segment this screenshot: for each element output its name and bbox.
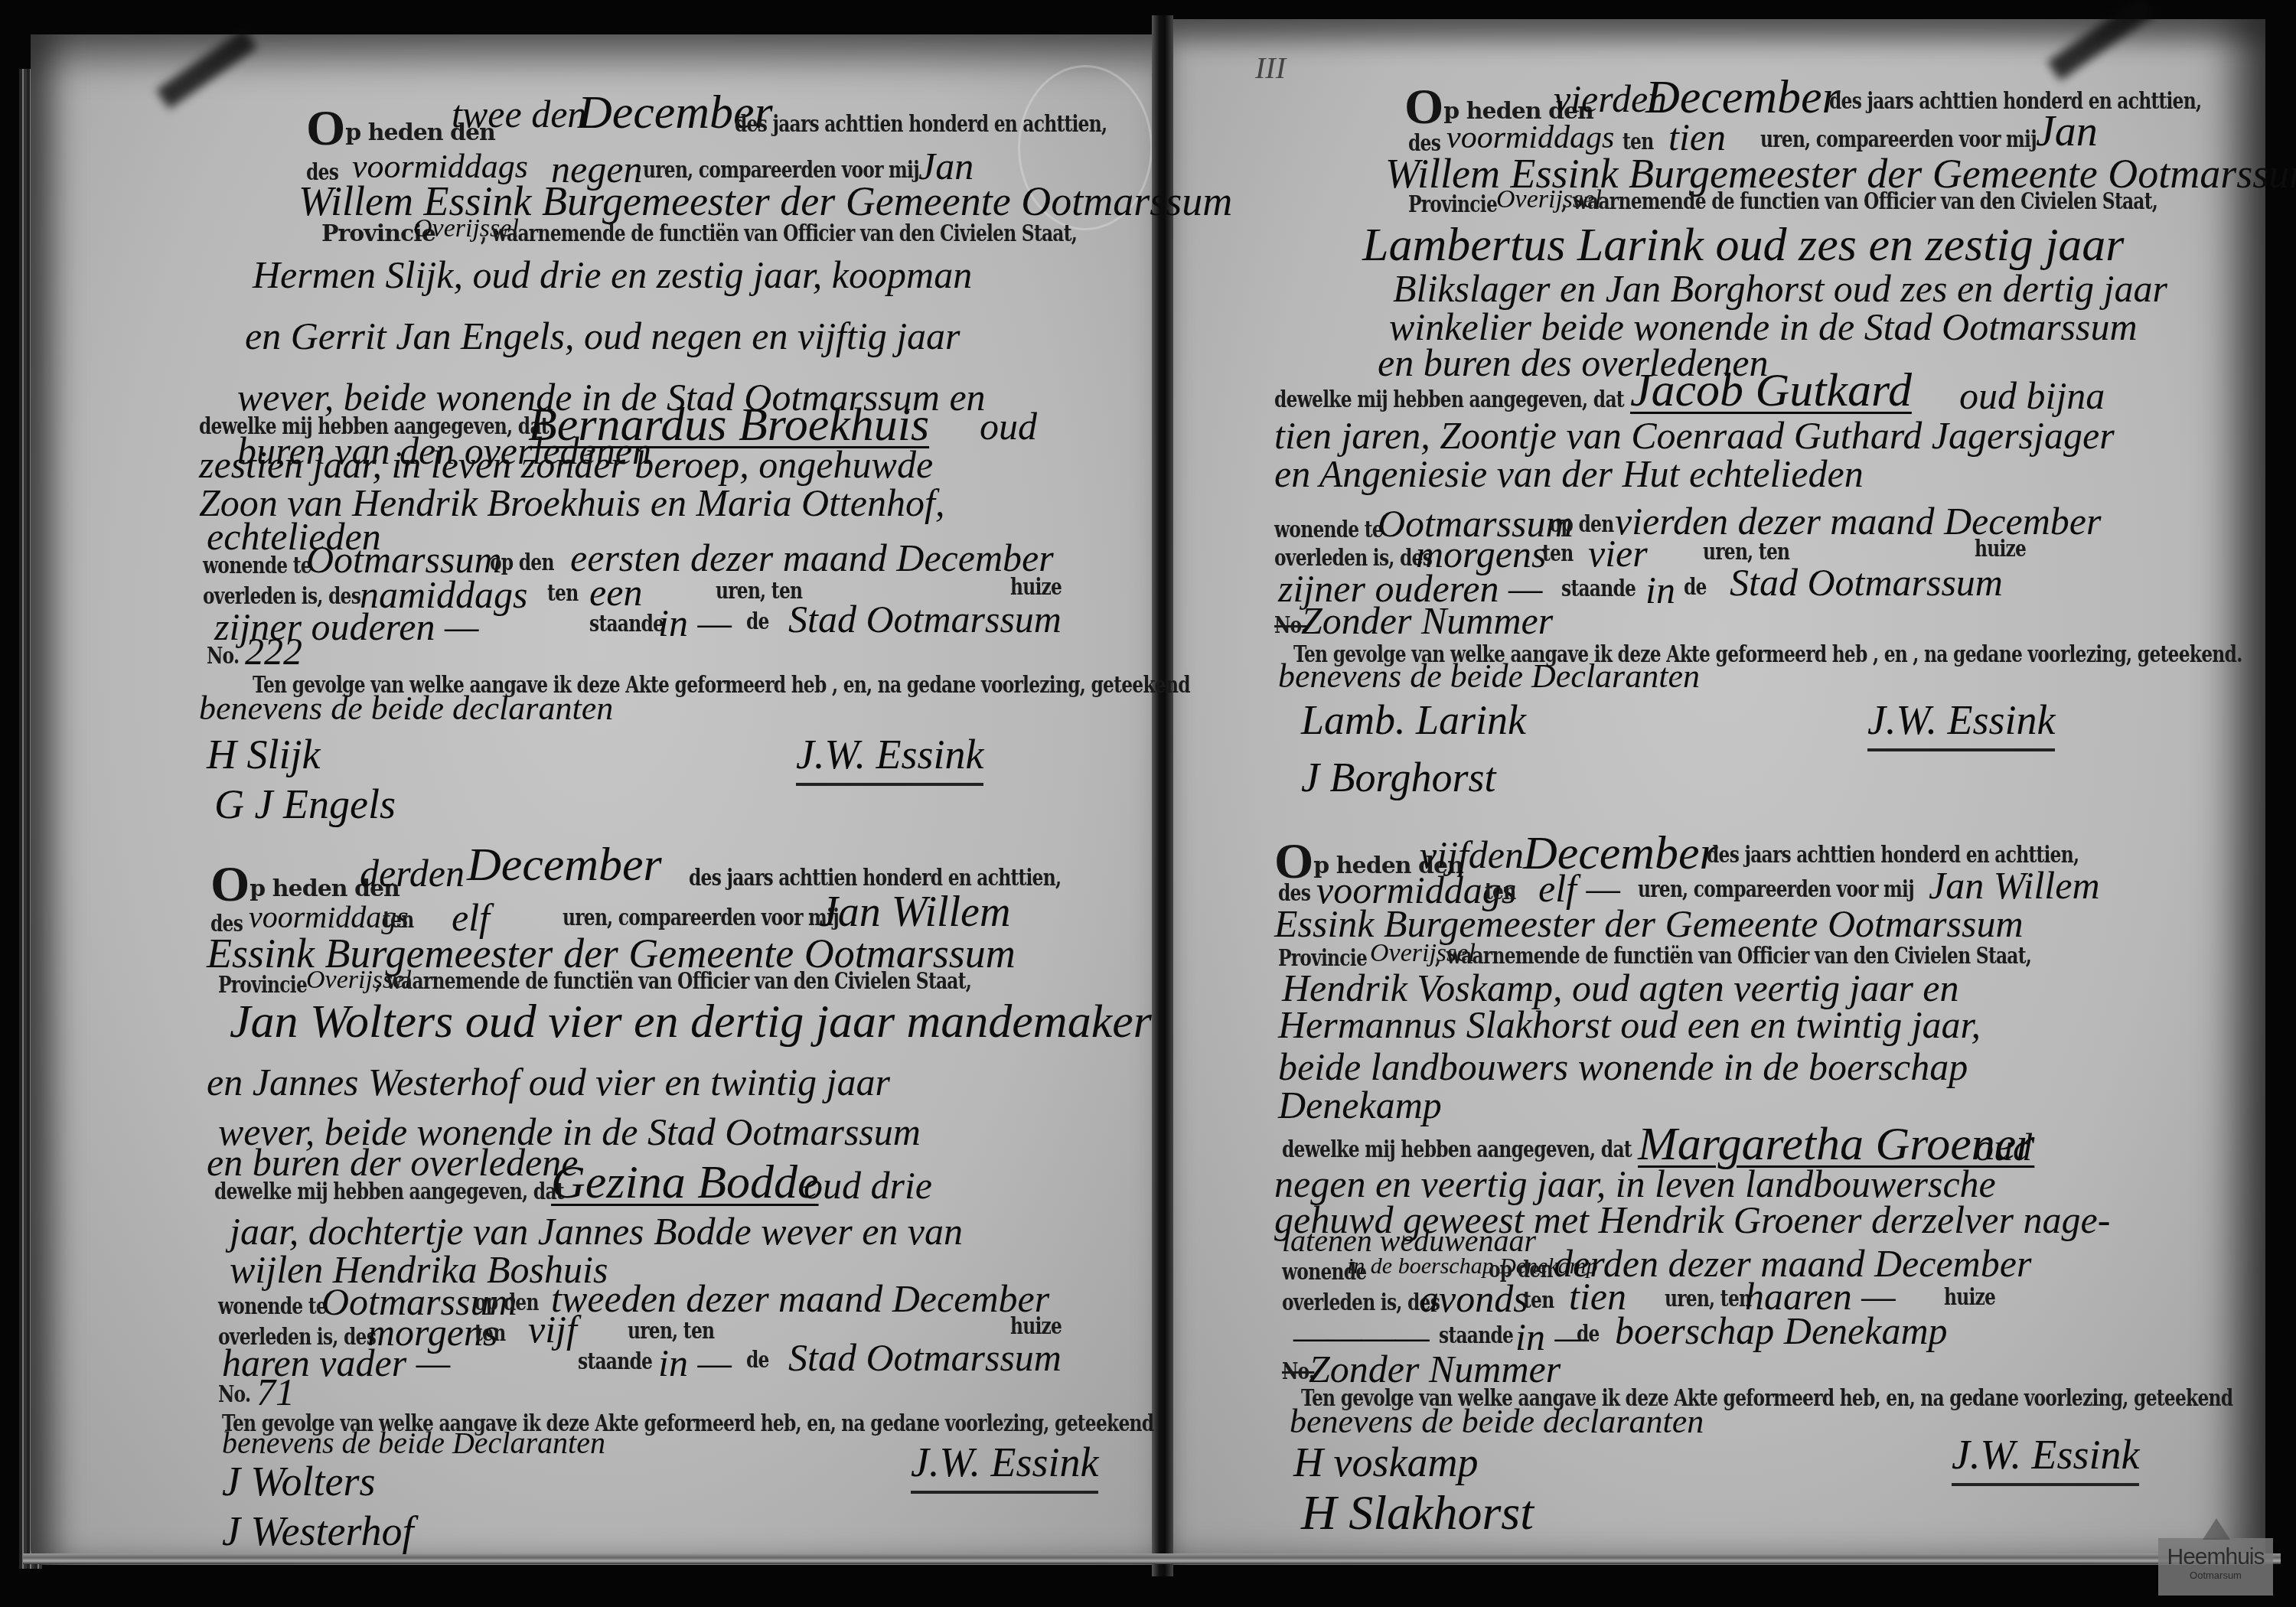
handwritten-day: derden [360,851,465,895]
deceased-name: Gezina Bodde [551,1156,819,1210]
printed-text: huize [1975,536,2026,562]
handwritten-text: oud [980,404,1037,448]
death-date: tweeden dezer maand December [551,1276,1049,1321]
death-hour: vijf [528,1307,577,1351]
signature-declarant: H Slakhorst [1301,1485,1534,1541]
printed-text: de [1684,574,1707,601]
printed-text: , waarnemende de functien van Officier v… [1561,188,2157,215]
watermark-subtitle: Ootmarsum [2158,1570,2273,1581]
signature-declarant: Lamb. Larink [1301,696,1526,744]
printed-text: ten [1542,540,1573,567]
printed-text: uren, compareerden voor mij [563,905,839,931]
declarant-line: Hermen Slijk, oud drie en zestig jaar, k… [253,253,972,297]
declarant-line: Denekamp [1278,1083,1442,1127]
death-daypart: avonds [1420,1276,1528,1321]
signature-official: J.W. Essink [1952,1431,2139,1486]
record-number: 222 [245,629,302,673]
printed-text: wonende te [218,1293,327,1320]
drop-cap: O [210,856,249,912]
ink-smudge [2047,0,2154,80]
signature-official: J.W. Essink [796,731,983,786]
signature-declarant: G J Engels [214,781,396,828]
drop-cap: O [1404,79,1443,135]
printed-text: de [746,608,769,635]
handwritten-text: in [1645,568,1675,612]
house-place: boerschap Denekamp [1615,1309,1948,1353]
house-place: Stad Ootmarssum [788,597,1062,641]
book-gutter [1152,15,1173,1576]
closing-handwritten: benevens de beide declaranten [199,689,613,728]
signature-official: J.W. Essink [911,1439,1098,1494]
printed-text: wonende te [203,553,311,579]
handwritten-name: Jan [2036,107,2098,156]
printed-text: wonende te [1274,517,1383,543]
signature-declarant: H voskamp [1293,1439,1478,1486]
house-roof-icon [2203,1518,2230,1540]
record-number-label: No. [218,1381,250,1408]
record-number-label: No. [207,643,239,670]
record-number: Zonder Nummer [1301,598,1553,643]
printed-text: overleden is, des [1282,1289,1440,1316]
printed-text: ten [1523,1287,1554,1314]
declarant-line: en Gerrit Jan Engels, oud negen en vijft… [245,314,960,358]
printed-text: Provincie [1408,191,1497,218]
handwritten-text: oud drie [804,1163,932,1208]
watermark-name: Heemhuis [2158,1544,2273,1570]
death-date: vierden dezer maand December [1615,499,2101,543]
printed-text: dewelke mij hebben aangegeven, dat [1274,386,1624,413]
deceased-name: Jacob Gutkard [1630,363,1912,418]
death-date: eersten dezer maand December [570,536,1054,580]
printed-text: de [1577,1321,1600,1348]
heemhuis-watermark-logo: Heemhuis Ootmarsum [2158,1538,2273,1596]
record-number: 71 [256,1370,295,1414]
printed-text: ten [547,580,578,607]
printed-text: de [746,1347,769,1374]
declarant-line: Lambertus Larink oud zes en zestig jaar [1362,218,2124,272]
printed-text: , waarnemende de functiën van Officier v… [481,220,1077,247]
printed-text: des jaars achttien honderd en achttien, [1829,88,2201,115]
printed-text: staande [1439,1322,1513,1349]
closing-handwritten: benevens de beide Declaranten [222,1425,605,1461]
printed-text: , waarnemende de functiën van Officier v… [375,968,971,995]
signature-official: J.W. Essink [1867,696,2055,751]
printed-text: dewelke mij hebben aangegeven, dat [199,413,549,440]
closing-handwritten: benevens de beide Declaranten [1278,657,1700,696]
printed-text: staande [589,611,664,637]
closing-handwritten: benevens de beide declaranten [1290,1402,1704,1441]
death-hour: vier [1588,531,1648,575]
handwritten-month: December [467,838,662,892]
detail-line: en Angeniesie van der Hut echtelieden [1274,451,1864,496]
scanned-register-spread: III Op heden den twee den December des j… [0,0,2296,1607]
printed-text: ten [475,1320,505,1347]
signature-declarant: J Westerhof [222,1508,414,1555]
declarant-line: Hermannus Slakhorst oud een en twintig j… [1278,1002,1981,1047]
signature-declarant: H Slijk [207,731,320,778]
ink-smudge [156,29,257,109]
margin-mark: III [1255,50,1286,86]
handwritten-text: in — [658,1341,732,1385]
printed-text: dewelke mij hebben aangegeven, dat [214,1178,564,1205]
printed-text: des jaars achttien honderd en achttien, [735,111,1107,138]
declarant-line: en Jannes Westerhof oud vier en twintig … [207,1060,890,1104]
handwritten-text: oud bijna [1959,373,2105,418]
printed-text: staande [578,1348,652,1375]
printed-text: dewelke mij hebben aangegeven, dat [1282,1136,1632,1163]
printed-text: uren, compareerden voor mij [1760,126,2037,153]
signature-declarant: J Wolters [222,1458,376,1505]
handwritten-text: in — [658,601,732,645]
house-place: Stad Ootmarssum [1730,560,2003,605]
death-hour: een [589,570,642,614]
drop-cap: O [306,100,345,156]
printed-text: huize [1944,1284,1995,1311]
printed-text: staande [1561,575,1636,602]
handwritten-day: twee den [452,92,586,136]
house-place: Stad Ootmarssum [788,1335,1062,1380]
page-bottom-edge [23,1553,2281,1564]
declarant-line: Jan Wolters oud vier en dertig jaar mand… [230,995,1152,1049]
signature-declarant: J Borghorst [1301,754,1496,801]
printed-text: uren, compareerden voor mij [1638,876,1914,903]
